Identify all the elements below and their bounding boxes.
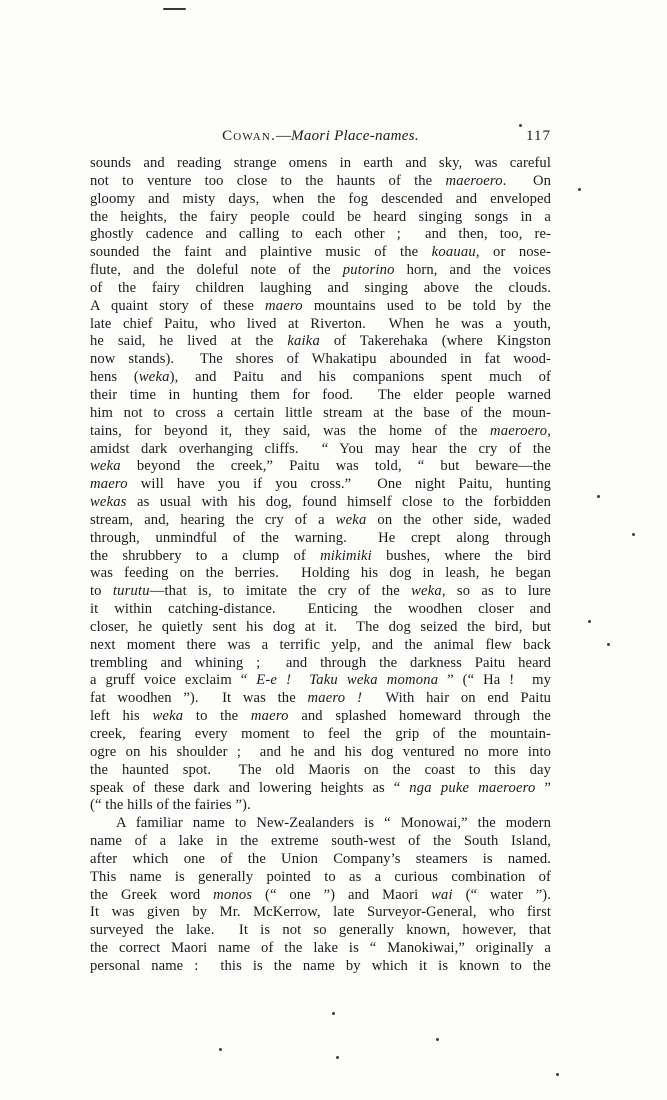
body-text: sounds and reading strange omens in eart… (90, 155, 551, 976)
text-line: a gruff voice exclaim “ E-e ! Taku weka … (90, 672, 551, 690)
text-line: him not to cross a certain little stream… (90, 405, 551, 423)
text-line: trembling and whining ; and through the … (90, 655, 551, 673)
text-line: name of a lake in the extreme south-west… (90, 833, 551, 851)
text-line: to turutu—that is, to imitate the cry of… (90, 583, 551, 601)
scan-speck (332, 1012, 335, 1015)
text-line: the haunted spot. The old Maoris on the … (90, 762, 551, 780)
text-line: amidst dark overhanging cliffs. “ You ma… (90, 441, 551, 459)
text-line: next moment there was a terrific yelp, a… (90, 637, 551, 655)
text-line: ogre on his shoulder ; and he and his do… (90, 744, 551, 762)
text-line: it within catching-distance. Enticing th… (90, 601, 551, 619)
text-line: the Greek word monos (“ one ”) and Maori… (90, 887, 551, 905)
text-line: speak of these dark and lowering heights… (90, 780, 551, 798)
scan-speck (632, 533, 635, 536)
text-line: A familiar name to New-Zealanders is “ M… (90, 815, 551, 833)
text-line: he said, he lived at the kaika of Takere… (90, 333, 551, 351)
text-line: the shrubbery to a clump of mikimiki bus… (90, 548, 551, 566)
text-line: ghostly cadence and calling to each othe… (90, 226, 551, 244)
text-line: It was given by Mr. McKerrow, late Surve… (90, 904, 551, 922)
document-page: Cowan.—Maori Place-names. 117 sounds and… (0, 0, 667, 1100)
scan-speck (607, 643, 610, 646)
article-title: Maori Place-names. (291, 128, 419, 144)
text-line: This name is generally pointed to as a c… (90, 869, 551, 887)
text-line: sounded the faint and plaintive music of… (90, 244, 551, 262)
text-line: creek, fearing every moment to feel the … (90, 726, 551, 744)
scan-speck (588, 620, 591, 623)
text-line: not to venture too close to the haunts o… (90, 173, 551, 191)
text-line: (“ the hills of the fairies ”). (90, 797, 551, 815)
scan-artifact-dash (163, 8, 186, 10)
author-name: Cowan. (222, 128, 276, 144)
text-line: late chief Paitu, who lived at Riverton.… (90, 316, 551, 334)
text-line: surveyed the lake. It is not so generall… (90, 922, 551, 940)
text-line: was feeding on the berries. Holding his … (90, 565, 551, 583)
text-line: left his weka to the maero and splashed … (90, 708, 551, 726)
text-line: of the fairy children laughing and singi… (90, 280, 551, 298)
text-line: now stands). The shores of Whakatipu abo… (90, 351, 551, 369)
text-line: fat woodhen ”). It was the maero ! With … (90, 690, 551, 708)
scan-speck (436, 1038, 439, 1041)
page-header: Cowan.—Maori Place-names. 117 (90, 127, 551, 145)
text-line: their time in hunting them for food. The… (90, 387, 551, 405)
scan-speck (519, 124, 522, 127)
text-line: weka beyond the creek,” Paitu was told, … (90, 458, 551, 476)
text-line: personal name : this is the name by whic… (90, 958, 551, 976)
text-line: after which one of the Union Company’s s… (90, 851, 551, 869)
text-line: tains, for beyond it, they said, was the… (90, 423, 551, 441)
text-line: flute, and the doleful note of the putor… (90, 262, 551, 280)
text-line: maero will have you if you cross.” One n… (90, 476, 551, 494)
title-separator: — (276, 128, 291, 144)
scan-speck (336, 1056, 339, 1059)
text-line: stream, and, hearing the cry of a weka o… (90, 512, 551, 530)
text-line: wekas as usual with his dog, found himse… (90, 494, 551, 512)
running-title: Cowan.—Maori Place-names. (90, 127, 551, 145)
scan-speck (597, 495, 600, 498)
text-line: hens (weka), and Paitu and his companion… (90, 369, 551, 387)
text-line: sounds and reading strange omens in eart… (90, 155, 551, 173)
text-line: through, unmindful of the warning. He cr… (90, 530, 551, 548)
text-line: gloomy and misty days, when the fog desc… (90, 191, 551, 209)
page-number: 117 (526, 127, 551, 145)
text-line: A quaint story of these maero mountains … (90, 298, 551, 316)
scan-speck (219, 1048, 222, 1051)
text-line: the correct Maori name of the lake is “ … (90, 940, 551, 958)
scan-speck (578, 188, 581, 191)
text-line: closer, he quietly sent his dog at it. T… (90, 619, 551, 637)
text-line: the heights, the fairy people could be h… (90, 209, 551, 227)
scan-speck (556, 1073, 559, 1076)
